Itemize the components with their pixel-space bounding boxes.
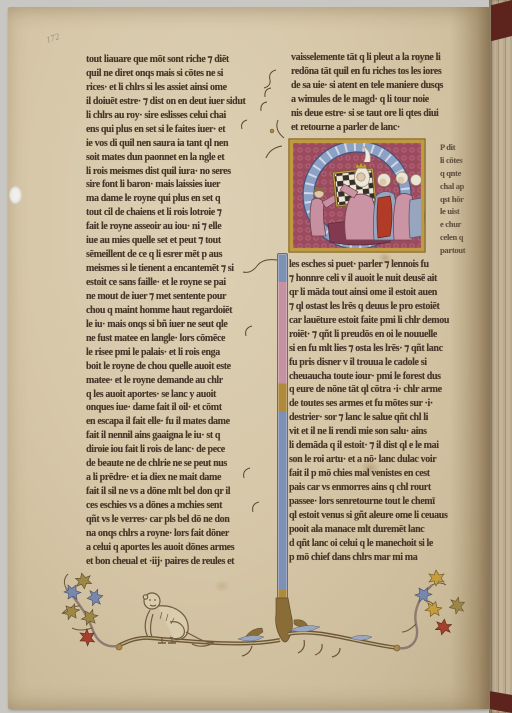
text-line: li chlrs au roy· sire eslisses celui cha… [86, 109, 258, 123]
text-line: diroie iou fait li rois de lanc· de pece [86, 443, 258, 457]
text-line: qñt vs le verres· car pls bel dō ne don [86, 513, 258, 527]
text-line: fait le royne asseoir au iou· ni ⁊ elle [86, 220, 258, 234]
stain [214, 580, 230, 592]
backdrop-strip [0, 0, 512, 7]
text-line: estoit ce sans faille· et le royne se pa… [86, 276, 258, 290]
text-line: tout cil de chaiens et li rois lotroie ⁊ [86, 206, 258, 220]
text-line: na onqs chlrs a royne· lors fait dōner [86, 527, 258, 541]
parchment-hole [9, 186, 22, 204]
binding-edge-top [491, 0, 512, 41]
binding-edge-bottom [490, 691, 512, 713]
text-line: fait il nennil ains gaaigna le iu· st q [86, 429, 258, 443]
text-line: ne mout de iuer ⁊ met sentente pour [86, 290, 258, 304]
manuscript-photo: 172 tout liauare que mōt sont riche ⁊ di… [0, 0, 512, 713]
text-line: boit le royne de chou quelle auoit este [86, 360, 258, 374]
text-line: meismes si le tienent a encantemēt ⁊ si [86, 262, 258, 276]
text-line: li rois meismes dist quil iura· no seres [86, 165, 258, 179]
text-line: ma dame le royne qui plus en set q [86, 192, 258, 206]
text-line: le iu· mais onqs si bñ iuer ne seut qle [86, 318, 258, 332]
text-line: soit mates dun paonnet en la ngle et [86, 151, 258, 165]
courtier-figures [373, 172, 424, 240]
text-line: q les auoit aportes· se lanc y auoit [86, 388, 258, 402]
text-line: ne fust matee en langle· lors cōmēce [86, 332, 258, 346]
text-line: a li prēdre· et ia diex ne mait dame [86, 471, 258, 485]
text-line: ens qui plus en set si le faites iuer· e… [86, 123, 258, 137]
text-line: ces eschies vs a dōnes a mchies sent [86, 499, 258, 513]
text-line: iue au mies quelle set et peut ⁊ tout [86, 234, 258, 248]
text-line: rices· et li chlrs si les assiet ainsi o… [86, 81, 258, 95]
red-mantle [377, 196, 392, 238]
text-line: et bon cheual et ·iij· paires de reules … [86, 555, 258, 569]
text-line: sire font li baron· mais laissies iuer [86, 178, 258, 192]
crown [355, 162, 367, 168]
text-line: le risee pmi le palais· et li rois enga [86, 346, 258, 360]
bar-border [277, 253, 288, 605]
text-line: en escapa il fait elle· fu il mates dame [86, 415, 258, 429]
text-line: fait il sil ne vs a dōne mlt bel don qr … [86, 485, 258, 499]
page-curve-shadow [450, 7, 489, 709]
text-line: sēmeillent de ce q li esrer mēt p aus [86, 248, 258, 262]
text-line: il doiuēt estre· ⁊ dist on en deut iuer … [86, 95, 258, 109]
text-line: a celui q aportes les auoit dōnes armes [86, 541, 258, 555]
left-text-column: tout liauare que mōt sont riche ⁊ diētqu… [86, 53, 258, 569]
text-line: chou q maint homme haut regardoiēt [86, 304, 258, 318]
text-line: matee· et le royne demande au chlr [86, 374, 258, 388]
text-line: ie vos di quil nen saura ia tant ql nen [86, 137, 258, 151]
text-line: quil ne diret onqs mais si cōtes ne si [86, 67, 258, 81]
text-line: tout liauare que mōt sont riche ⁊ diēt [86, 53, 258, 67]
text-line: de beaute ne de chlrie ne se peut nus [86, 457, 258, 471]
text-line: onques iue· dame fait il oil· et cōmt [86, 401, 258, 415]
book-fore-edge [489, 0, 512, 713]
chess-miniature [288, 138, 426, 253]
